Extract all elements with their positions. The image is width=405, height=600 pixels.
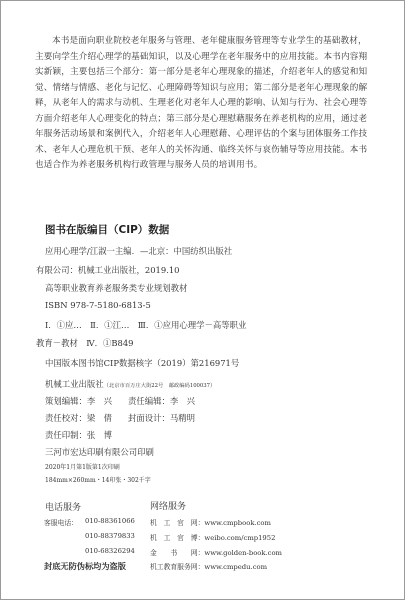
anti-piracy-notice: 封底无防伪标均为盗版 xyxy=(44,561,126,572)
web-link-cmpbook[interactable]: www.cmpbook.com xyxy=(204,519,271,527)
phone-3: 010-68326294 xyxy=(85,547,135,555)
phone-label: 客服电话： xyxy=(44,517,78,527)
web-row-2: 机 工 官 博：weibo.com/cmp1952 xyxy=(150,532,275,542)
phone-2: 010-88379833 xyxy=(85,532,135,540)
web-row-3: 金 书 网：www.golden-book.com xyxy=(150,547,282,557)
services-layer xyxy=(0,0,405,600)
web-link-golden-book[interactable]: www.golden-book.com xyxy=(204,549,282,557)
phone-1: 010-88361066 xyxy=(85,517,135,525)
web-link-weibo[interactable]: weibo.com/cmp1952 xyxy=(204,534,275,542)
web-link-cmpedu[interactable]: www.cmpedu.com xyxy=(204,563,267,571)
web-service-header: 网络服务 xyxy=(150,499,186,512)
web-row-4: 机工教育服务网：www.cmpedu.com xyxy=(150,561,267,571)
web-row-1: 机 工 官 网：www.cmpbook.com xyxy=(150,517,271,527)
